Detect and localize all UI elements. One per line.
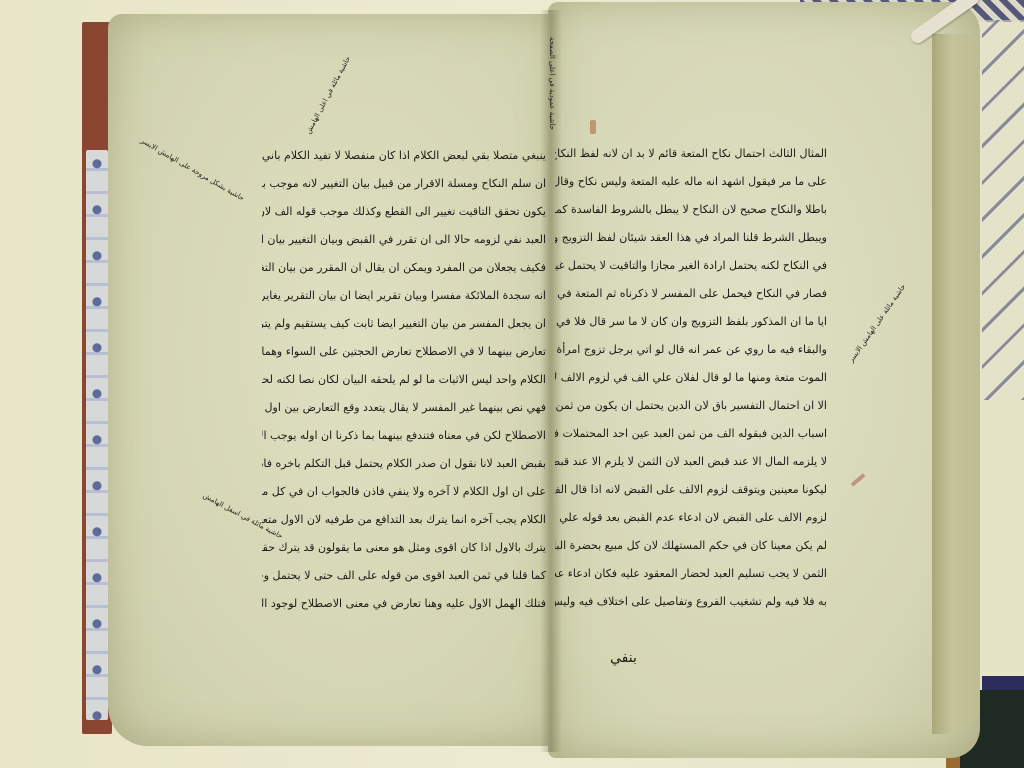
text-line: فتلك الهمل الاول عليه وهنا تعارض في معنى… — [262, 590, 546, 618]
text-line: فصار في النكاح فيحمل على المفسر لا ذكرنا… — [555, 280, 827, 308]
text-line: لا يلزمه المال الا عند قبض العبد لان الث… — [555, 448, 827, 476]
text-line: ان يجعل المفسر من بيان التغيير ايضا ثابت… — [262, 310, 546, 338]
text-line: انه سجدة الملائكة مفسرا وبيان تقرير ايضا… — [262, 282, 546, 310]
text-line: على ان اول الكلام لا آخره ولا ينفي فاذن … — [262, 478, 546, 506]
text-line: فكيف يجعلان من المفرد ويمكن ان يقال ان ا… — [262, 254, 546, 282]
text-line: كما قلنا في ثمن العبد اقوى من قوله على ا… — [262, 562, 546, 590]
text-line: الثمن لا يجب تسليم العبد لحضار المعقود ع… — [555, 560, 827, 588]
text-line: بقبض العبد لانا نقول ان صدر الكلام يحتمل… — [262, 450, 546, 478]
margin-note: حاشية عمودية في اعلى الصفحة — [547, 40, 556, 130]
text-line: به فلا فيه ولم تشغيب الفروع وتفاصيل على … — [555, 588, 827, 616]
text-line: ويبطل الشرط قلنا المراد في هذا العقد شيئ… — [555, 224, 827, 252]
text-line: لم يكن معينا كان في حكم المستهلك لان كل … — [555, 532, 827, 560]
text-line: ليكونا معينين ويتوقف لزوم الالف على القب… — [555, 476, 827, 504]
patterned-cloth-right — [982, 20, 1024, 400]
text-line: يكون تحقق التاقيت تغيير الى القطع وكذلك … — [262, 198, 546, 226]
text-line: الاصطلاح لكن في معناه فتندفع بينهما بما … — [262, 422, 546, 450]
text-line: الكلام يجب آخره انما يترك بعد التدافع من… — [262, 506, 546, 534]
text-line: ان سلم النكاح ومسلة الاقرار من قبيل بيان… — [262, 170, 546, 198]
text-line: في النكاح لكنه يحتمل ارادة الغير مجازا و… — [555, 252, 827, 280]
text-line: باطلا والنكاح صحيح لان النكاح لا يبطل با… — [555, 196, 827, 224]
text-line: الا ان احتمال التفسير باق لان الدين يحتم… — [555, 392, 827, 420]
red-ink-mark — [590, 120, 596, 134]
left-page-text: ينبغي متصلا بقي لبعض الكلام اذا كان منفص… — [262, 142, 546, 618]
text-line: تعارض بينهما لا في الاصطلاح تعارض الحجتي… — [262, 338, 546, 366]
right-page-text: المثال الثالث احتمال نكاح المتعة قائم لا… — [555, 140, 827, 616]
page-fore-edge — [932, 34, 980, 734]
catchword: بنفي — [610, 650, 637, 666]
text-line: اسباب الدين فبقوله الف من ثمن العبد عين … — [555, 420, 827, 448]
text-line: والبقاء فيه ما روي عن عمر انه قال لو اتي… — [555, 336, 827, 364]
text-line: المثال الثالث احتمال نكاح المتعة قائم لا… — [555, 140, 827, 168]
decorated-spine-paper — [86, 150, 108, 720]
text-line: الكلام واحد ليس الاثبات ما لو لم يلحقه ا… — [262, 366, 546, 394]
text-line: على ما مر فيقول اشهد انه ماله عليه المتع… — [555, 168, 827, 196]
text-line: الموت متعة ومنها ما لو قال لفلان علي الف… — [555, 364, 827, 392]
text-line: لزوم الالف على القبض لان ادعاء عدم القبض… — [555, 504, 827, 532]
text-line: فهي نص بينهما غير المفسر لا يقال يتعدد و… — [262, 394, 546, 422]
text-line: ايا ما ان المذكور بلفظ التزويج وان كان ل… — [555, 308, 827, 336]
text-line: العبد نفي لزومه حالا الى ان تقرر في القب… — [262, 226, 546, 254]
text-line: يترك بالاول اذا كان اقوى ومثل هو معنى ما… — [262, 534, 546, 562]
